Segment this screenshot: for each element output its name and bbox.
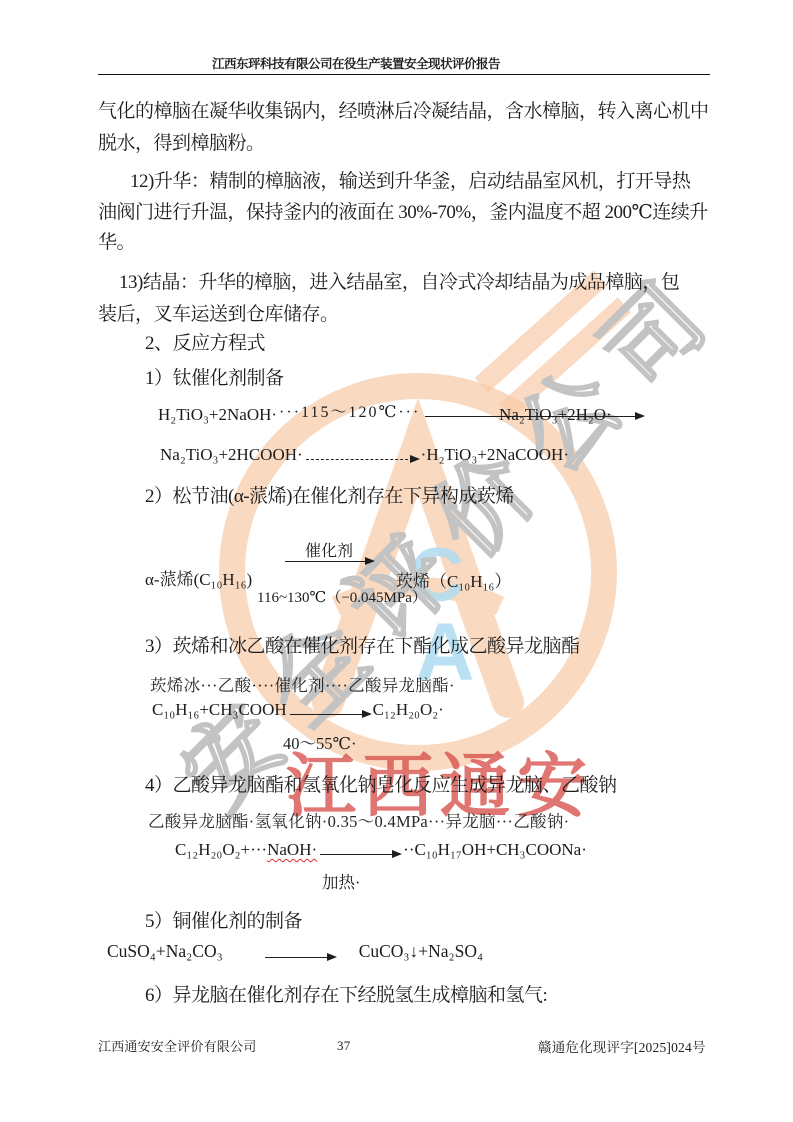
eq1-reactants: H₂TiO₃+2NaOH· <box>158 404 277 425</box>
right-arrow-icon <box>425 416 643 417</box>
document-page: C A 安全评价公司 江西通安 江西东玶科技有限公司在役生产装置安全现状评价报告… <box>0 0 793 1122</box>
page-header-title: 江西东玶科技有限公司在役生产装置安全现状评价报告 <box>212 54 500 72</box>
rxn2-product: 莰烯（C₁₀H₁₆） <box>396 567 511 592</box>
header-rule <box>98 74 710 75</box>
rxn4-reactants: C₁₂H₂₀O₂+··· <box>175 839 267 860</box>
item-heading-2: 2）松节油(α-蒎烯)在催化剂存在下异构成莰烯 <box>145 484 514 510</box>
equation-2: Na₂TiO₃+2HCOOH· ·H₂TiO₃+2NaCOOH· <box>160 444 569 465</box>
eq1-arrow: ···115～120℃··· <box>279 401 497 422</box>
right-arrow-icon <box>265 957 335 958</box>
item-heading-5: 5）铜催化剂的制备 <box>145 909 302 935</box>
eq2-reactants: Na₂TiO₃+2HCOOH· <box>160 444 303 465</box>
rxn2-condition-top: 催化剂 <box>305 543 353 561</box>
footer-doc-number: 赣通危化现评字[2025]024号 <box>538 1036 706 1056</box>
equation-1: H₂TiO₃+2NaOH· ···115～120℃··· Na₂TiO₃+2H₂… <box>158 401 612 425</box>
eq2-products: ·H₂TiO₃+2NaCOOH· <box>421 444 569 465</box>
rxn3-condition: 40～55℃· <box>283 730 356 754</box>
paragraph-line: 气化的樟脑在凝华收集锅内，经喷淋后冷凝结晶，含水樟脑，转入离心机中 <box>98 99 709 125</box>
paragraph-line: 12)升华：精制的樟脑液，输送到升华釜，启动结晶室风机，打开导热 <box>130 169 690 195</box>
equation-4: C₁₂H₂₀O₂+··· NaOH· ··C₁₀H₁₇OH+CH₃COONa· <box>175 839 587 860</box>
rxn5-reactants: CuSO₄+Na₂CO₃ <box>107 941 223 963</box>
rxn2-arrow: 催化剂 <box>285 543 373 562</box>
eq1-condition: ···115～120℃··· <box>279 404 420 421</box>
footer-page-number: 37 <box>337 1038 350 1054</box>
paragraph-line: 装后，叉车运送到仓库储存。 <box>98 302 339 328</box>
rxn3-note: 莰烯冰···乙酸····催化剂····乙酸异龙脑酯· <box>150 672 455 696</box>
rxn2-reactant: α-蒎烯(C₁₀H₁₆) <box>145 565 252 590</box>
item-heading-6: 6）异龙脑在催化剂存在下经脱氢生成樟脑和氢气: <box>145 983 547 1009</box>
rxn5-products: CuCO₃↓+Na₂SO₄ <box>359 941 483 963</box>
section-heading-reactions: 2、反应方程式 <box>145 331 265 357</box>
eq1-products: Na₂TiO₃+2H₂O· <box>499 404 612 425</box>
right-arrow-icon <box>285 561 373 562</box>
right-arrow-icon <box>320 854 400 855</box>
equation-5: CuSO₄+Na₂CO₃ CuCO₃↓+Na₂SO₄ <box>107 941 483 963</box>
item-heading-4: 4）乙酸异龙脑酯和氢氧化钠皂化反应生成异龙脑、乙酸钠 <box>145 773 617 799</box>
item-heading-3: 3）莰烯和冰乙酸在催化剂存在下酯化成乙酸异龙脑酯 <box>145 634 580 660</box>
item-heading-1: 1）钛催化剂制备 <box>145 366 284 392</box>
equation-3: C₁₀H₁₆+CH₃COOH C₁₂H₂₀O₂· <box>152 699 444 720</box>
dashed-right-arrow-icon <box>306 459 418 460</box>
paragraph-line: 油阀门进行升温，保持釜内的液面在 30%-70%，釜内温度不超 200℃连续升 <box>98 200 708 226</box>
footer-company: 江西通安安全评价有限公司 <box>98 1036 256 1055</box>
rxn4-note: 乙酸异龙脑酯·氢氧化钠·0.35～0.4MPa···异龙脑···乙酸钠· <box>148 808 569 832</box>
paragraph-line: 华。 <box>98 230 135 256</box>
rxn3-reactants: C₁₀H₁₆+CH₃COOH <box>152 699 287 720</box>
paragraph-line: 脱水，得到樟脑粉。 <box>98 131 265 157</box>
rxn4-condition: 加热· <box>322 869 361 893</box>
right-arrow-icon <box>290 714 370 715</box>
paragraph-line: 13)结晶：升华的樟脑，进入结晶室，自冷式冷却结晶为成品樟脑，包 <box>119 270 679 296</box>
rxn3-products: C₁₂H₂₀O₂· <box>373 699 444 720</box>
rxn4-naoh: NaOH· <box>267 839 317 860</box>
rxn4-products: ··C₁₀H₁₇OH+CH₃COONa· <box>403 839 587 860</box>
